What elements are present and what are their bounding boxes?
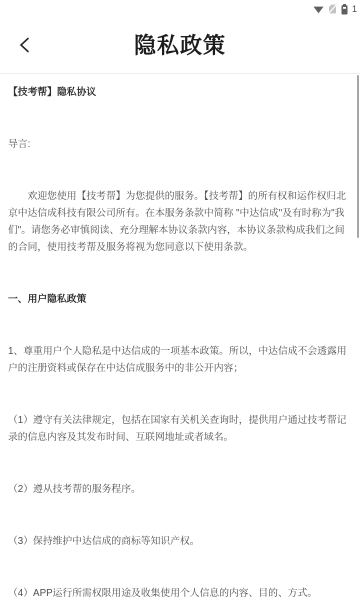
privacy-policy-screen: 1 隐私政策 【技考帮】隐私协议导言:欢迎您使用【技考帮】为您提供的服务。【技考…	[0, 0, 360, 600]
app-bar: 隐私政策	[0, 16, 360, 74]
back-chevron-icon	[16, 43, 34, 58]
status-bar: 1	[0, 0, 360, 16]
battery-icon	[341, 4, 348, 15]
policy-paragraph: （3）保持维护中达信成的商标等知识产权。	[8, 533, 352, 550]
policy-paragraph: 欢迎您使用【技考帮】为您提供的服务。【技考帮】的所有权和运作权归北京中达信成科技…	[8, 188, 352, 256]
policy-paragraph: （4）APP运行所需权限用途及收集使用个人信息的内容、目的、方式。	[8, 585, 352, 600]
scrollbar[interactable]	[357, 75, 360, 238]
policy-paragraph: 1、尊重用户个人隐私是中达信成的一项基本政策。所以，中达信成不会透露用户的注册资…	[8, 343, 352, 377]
policy-content: 【技考帮】隐私协议导言:欢迎您使用【技考帮】为您提供的服务。【技考帮】的所有权和…	[0, 74, 360, 600]
policy-paragraph: 【技考帮】隐私协议	[8, 84, 352, 101]
back-button[interactable]	[12, 31, 38, 59]
no-sim-icon	[328, 4, 337, 14]
policy-paragraph: （1）遵守有关法律规定，包括在国家有关机关查询时，提供用户通过技考帮记录的信息内…	[8, 412, 352, 446]
status-bar-text: 1	[352, 4, 357, 14]
wifi-icon	[313, 4, 324, 14]
policy-paragraph: 一、用户隐私政策	[8, 291, 352, 308]
policy-paragraph: 导言:	[8, 136, 352, 153]
policy-paragraph: （2）遵从技考帮的服务程序。	[8, 481, 352, 498]
page-title: 隐私政策	[134, 29, 226, 60]
